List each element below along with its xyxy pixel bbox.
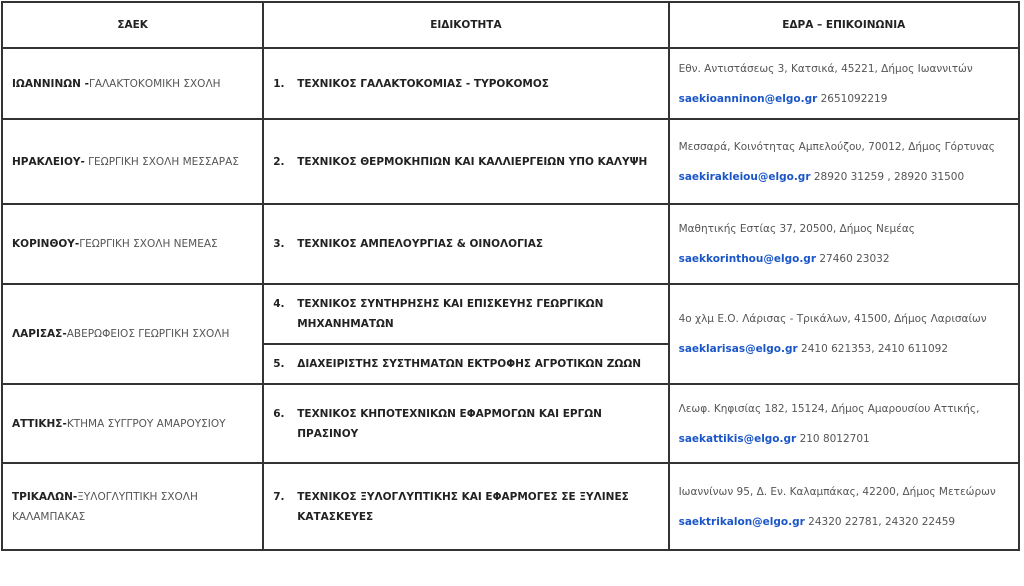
specialty-number: 5.	[273, 354, 297, 374]
specialty-name: ΤΕΧΝΙΚΟΣ ΚΗΠΟΤΕΧΝΙΚΩΝ ΕΦΑΡΜΟΓΩΝ ΚΑΙ ΕΡΓΩ…	[297, 404, 658, 444]
specialty-number: 6.	[273, 404, 297, 444]
specialty-item: 1.ΤΕΧΝΙΚΟΣ ΓΑΛΑΚΤΟΚΟΜΙΑΣ - ΤΥΡΟΚΟΜΟΣ	[273, 74, 658, 94]
saek-cell: ΤΡΙΚΑΛΩΝ-ΞΥΛΟΓΛΥΠΤΙΚΗ ΣΧΟΛΗ ΚΑΛΑΜΠΑΚΑΣ	[2, 463, 263, 550]
specialty-number: 1.	[273, 74, 297, 94]
header-row: ΣΑΕΚ ΕΙΔΙΚΟΤΗΤΑ ΕΔΡΑ – ΕΠΙΚΟΙΝΩΝΙΑ	[2, 2, 1019, 48]
specialty-number: 4.	[273, 294, 297, 334]
contact-line: saekkorinthou@elgo.gr 27460 23032	[679, 249, 1009, 269]
specialty-cell: 7.ΤΕΧΝΙΚΟΣ ΞΥΛΟΓΛΥΠΤΙΚΗΣ ΚΑΙ ΕΦΑΡΜΟΓΕΣ Σ…	[263, 463, 668, 550]
header-specialty: ΕΙΔΙΚΟΤΗΤΑ	[263, 2, 668, 48]
phone-number: 2410 621353, 2410 611092	[801, 343, 948, 355]
location-cell: Ιωαννίνων 95, Δ. Εν. Καλαμπάκας, 42200, …	[669, 463, 1019, 550]
address: Ιωαννίνων 95, Δ. Εν. Καλαμπάκας, 42200, …	[679, 482, 1009, 502]
region-name: ΛΑΡΙΣΑΣ-	[12, 328, 67, 340]
saek-table: ΣΑΕΚ ΕΙΔΙΚΟΤΗΤΑ ΕΔΡΑ – ΕΠΙΚΟΙΝΩΝΙΑ ΙΩΑΝΝ…	[1, 1, 1020, 551]
specialty-item: 2.ΤΕΧΝΙΚΟΣ ΘΕΡΜΟΚΗΠΙΩΝ ΚΑΙ ΚΑΛΛΙΕΡΓΕΙΩΝ …	[273, 152, 658, 172]
phone-number: 210 8012701	[800, 433, 870, 445]
specialty-cell: 6.ΤΕΧΝΙΚΟΣ ΚΗΠΟΤΕΧΝΙΚΩΝ ΕΦΑΡΜΟΓΩΝ ΚΑΙ ΕΡ…	[263, 384, 668, 463]
specialty-name: ΤΕΧΝΙΚΟΣ ΣΥΝΤΗΡΗΣΗΣ ΚΑΙ ΕΠΙΣΚΕΥΗΣ ΓΕΩΡΓΙ…	[297, 294, 658, 334]
email-link[interactable]: saekirakleiou@elgo.gr	[679, 171, 811, 183]
specialty-item: 3.ΤΕΧΝΙΚΟΣ ΑΜΠΕΛΟΥΡΓΙΑΣ & ΟΙΝΟΛΟΓΙΑΣ	[273, 234, 658, 254]
address: 4ο χλμ Ε.Ο. Λάρισας - Τρικάλων, 41500, Δ…	[679, 309, 1009, 329]
location-cell: Μεσσαρά, Κοινότητας Αμπελούζου, 70012, Δ…	[669, 119, 1019, 204]
region-name: ΤΡΙΚΑΛΩΝ-	[12, 491, 77, 503]
specialty-item: 5.ΔΙΑΧΕΙΡΙΣΤΗΣ ΣΥΣΤΗΜΑΤΩΝ ΕΚΤΡΟΦΗΣ ΑΓΡΟΤ…	[273, 354, 658, 374]
email-link[interactable]: saekioanninon@elgo.gr	[679, 93, 818, 105]
phone-number: 24320 22781, 24320 22459	[808, 516, 955, 528]
region-name: ΙΩΑΝΝΙΝΩΝ -	[12, 78, 89, 90]
region-name: ΚΟΡΙΝΘΟΥ-	[12, 238, 79, 250]
school-name: ΓΕΩΡΓΙΚΗ ΣΧΟΛΗ ΝΕΜΕΑΣ	[79, 238, 217, 250]
contact-line: saektrikalon@elgo.gr 24320 22781, 24320 …	[679, 512, 1009, 532]
specialty-name: ΤΕΧΝΙΚΟΣ ΑΜΠΕΛΟΥΡΓΙΑΣ & ΟΙΝΟΛΟΓΙΑΣ	[297, 234, 543, 254]
address: Εθν. Αντιστάσεως 3, Κατσικά, 45221, Δήμο…	[679, 59, 1009, 79]
specialty-name: ΤΕΧΝΙΚΟΣ ΞΥΛΟΓΛΥΠΤΙΚΗΣ ΚΑΙ ΕΦΑΡΜΟΓΕΣ ΣΕ …	[297, 487, 658, 527]
specialty-item: 6.ΤΕΧΝΙΚΟΣ ΚΗΠΟΤΕΧΝΙΚΩΝ ΕΦΑΡΜΟΓΩΝ ΚΑΙ ΕΡ…	[273, 404, 658, 444]
table-row: ΗΡΑΚΛΕΙΟΥ- ΓΕΩΡΓΙΚΗ ΣΧΟΛΗ ΜΕΣΣΑΡΑΣ2.ΤΕΧΝ…	[2, 119, 1019, 204]
address: Λεωφ. Κηφισίας 182, 15124, Δήμος Αμαρουσ…	[679, 399, 1009, 419]
email-link[interactable]: saekkorinthou@elgo.gr	[679, 253, 816, 265]
specialty-name: ΔΙΑΧΕΙΡΙΣΤΗΣ ΣΥΣΤΗΜΑΤΩΝ ΕΚΤΡΟΦΗΣ ΑΓΡΟΤΙΚ…	[297, 354, 641, 374]
specialty-cell: 2.ΤΕΧΝΙΚΟΣ ΘΕΡΜΟΚΗΠΙΩΝ ΚΑΙ ΚΑΛΛΙΕΡΓΕΙΩΝ …	[263, 119, 668, 204]
specialty-number: 2.	[273, 152, 297, 172]
specialty-item: 7.ΤΕΧΝΙΚΟΣ ΞΥΛΟΓΛΥΠΤΙΚΗΣ ΚΑΙ ΕΦΑΡΜΟΓΕΣ Σ…	[273, 487, 658, 527]
location-cell: Εθν. Αντιστάσεως 3, Κατσικά, 45221, Δήμο…	[669, 48, 1019, 119]
contact-line: saekattikis@elgo.gr 210 8012701	[679, 429, 1009, 449]
specialty-cell: 3.ΤΕΧΝΙΚΟΣ ΑΜΠΕΛΟΥΡΓΙΑΣ & ΟΙΝΟΛΟΓΙΑΣ	[263, 204, 668, 284]
specialty-cell: 1.ΤΕΧΝΙΚΟΣ ΓΑΛΑΚΤΟΚΟΜΙΑΣ - ΤΥΡΟΚΟΜΟΣ	[263, 48, 668, 119]
specialty-cell: 5.ΔΙΑΧΕΙΡΙΣΤΗΣ ΣΥΣΤΗΜΑΤΩΝ ΕΚΤΡΟΦΗΣ ΑΓΡΟΤ…	[263, 344, 668, 384]
school-name: ΓΑΛΑΚΤΟΚΟΜΙΚΗ ΣΧΟΛΗ	[89, 78, 221, 90]
contact-line: saeklarisas@elgo.gr 2410 621353, 2410 61…	[679, 339, 1009, 359]
location-cell: Λεωφ. Κηφισίας 182, 15124, Δήμος Αμαρουσ…	[669, 384, 1019, 463]
email-link[interactable]: saekattikis@elgo.gr	[679, 433, 797, 445]
table-row: ΛΑΡΙΣΑΣ-ΑΒΕΡΩΦΕΙΟΣ ΓΕΩΡΓΙΚΗ ΣΧΟΛΗ4.ΤΕΧΝΙ…	[2, 284, 1019, 344]
saek-cell: ΗΡΑΚΛΕΙΟΥ- ΓΕΩΡΓΙΚΗ ΣΧΟΛΗ ΜΕΣΣΑΡΑΣ	[2, 119, 263, 204]
phone-number: 28920 31259 , 28920 31500	[814, 171, 964, 183]
region-name: ΗΡΑΚΛΕΙΟΥ-	[12, 156, 85, 168]
table-row: ΚΟΡΙΝΘΟΥ-ΓΕΩΡΓΙΚΗ ΣΧΟΛΗ ΝΕΜΕΑΣ3.ΤΕΧΝΙΚΟΣ…	[2, 204, 1019, 284]
phone-number: 27460 23032	[819, 253, 889, 265]
header-saek: ΣΑΕΚ	[2, 2, 263, 48]
address: Μαθητικής Εστίας 37, 20500, Δήμος Νεμέας	[679, 219, 1009, 239]
email-link[interactable]: saektrikalon@elgo.gr	[679, 516, 805, 528]
table-row: ΑΤΤΙΚΗΣ-ΚΤΗΜΑ ΣΥΓΓΡΟΥ ΑΜΑΡΟΥΣΙΟΥ6.ΤΕΧΝΙΚ…	[2, 384, 1019, 463]
school-name: ΚΤΗΜΑ ΣΥΓΓΡΟΥ ΑΜΑΡΟΥΣΙΟΥ	[67, 418, 226, 430]
specialty-cell: 4.ΤΕΧΝΙΚΟΣ ΣΥΝΤΗΡΗΣΗΣ ΚΑΙ ΕΠΙΣΚΕΥΗΣ ΓΕΩΡ…	[263, 284, 668, 344]
contact-line: saekioanninon@elgo.gr 2651092219	[679, 89, 1009, 109]
specialty-name: ΤΕΧΝΙΚΟΣ ΘΕΡΜΟΚΗΠΙΩΝ ΚΑΙ ΚΑΛΛΙΕΡΓΕΙΩΝ ΥΠ…	[297, 152, 647, 172]
specialty-number: 7.	[273, 487, 297, 527]
location-cell: 4ο χλμ Ε.Ο. Λάρισας - Τρικάλων, 41500, Δ…	[669, 284, 1019, 384]
email-link[interactable]: saeklarisas@elgo.gr	[679, 343, 798, 355]
school-name: ΓΕΩΡΓΙΚΗ ΣΧΟΛΗ ΜΕΣΣΑΡΑΣ	[85, 156, 239, 168]
saek-cell: ΑΤΤΙΚΗΣ-ΚΤΗΜΑ ΣΥΓΓΡΟΥ ΑΜΑΡΟΥΣΙΟΥ	[2, 384, 263, 463]
saek-cell: ΚΟΡΙΝΘΟΥ-ΓΕΩΡΓΙΚΗ ΣΧΟΛΗ ΝΕΜΕΑΣ	[2, 204, 263, 284]
school-name: ΑΒΕΡΩΦΕΙΟΣ ΓΕΩΡΓΙΚΗ ΣΧΟΛΗ	[67, 328, 230, 340]
contact-line: saekirakleiou@elgo.gr 28920 31259 , 2892…	[679, 167, 1009, 187]
table-row: ΤΡΙΚΑΛΩΝ-ΞΥΛΟΓΛΥΠΤΙΚΗ ΣΧΟΛΗ ΚΑΛΑΜΠΑΚΑΣ7.…	[2, 463, 1019, 550]
region-name: ΑΤΤΙΚΗΣ-	[12, 418, 67, 430]
saek-cell: ΙΩΑΝΝΙΝΩΝ -ΓΑΛΑΚΤΟΚΟΜΙΚΗ ΣΧΟΛΗ	[2, 48, 263, 119]
phone-number: 2651092219	[821, 93, 888, 105]
specialty-item: 4.ΤΕΧΝΙΚΟΣ ΣΥΝΤΗΡΗΣΗΣ ΚΑΙ ΕΠΙΣΚΕΥΗΣ ΓΕΩΡ…	[273, 294, 658, 334]
specialty-name: ΤΕΧΝΙΚΟΣ ΓΑΛΑΚΤΟΚΟΜΙΑΣ - ΤΥΡΟΚΟΜΟΣ	[297, 74, 549, 94]
address: Μεσσαρά, Κοινότητας Αμπελούζου, 70012, Δ…	[679, 137, 1009, 157]
header-location: ΕΔΡΑ – ΕΠΙΚΟΙΝΩΝΙΑ	[669, 2, 1019, 48]
specialty-number: 3.	[273, 234, 297, 254]
table-body: ΙΩΑΝΝΙΝΩΝ -ΓΑΛΑΚΤΟΚΟΜΙΚΗ ΣΧΟΛΗ1.ΤΕΧΝΙΚΟΣ…	[2, 48, 1019, 550]
location-cell: Μαθητικής Εστίας 37, 20500, Δήμος Νεμέας…	[669, 204, 1019, 284]
saek-cell: ΛΑΡΙΣΑΣ-ΑΒΕΡΩΦΕΙΟΣ ΓΕΩΡΓΙΚΗ ΣΧΟΛΗ	[2, 284, 263, 384]
table-row: ΙΩΑΝΝΙΝΩΝ -ΓΑΛΑΚΤΟΚΟΜΙΚΗ ΣΧΟΛΗ1.ΤΕΧΝΙΚΟΣ…	[2, 48, 1019, 119]
